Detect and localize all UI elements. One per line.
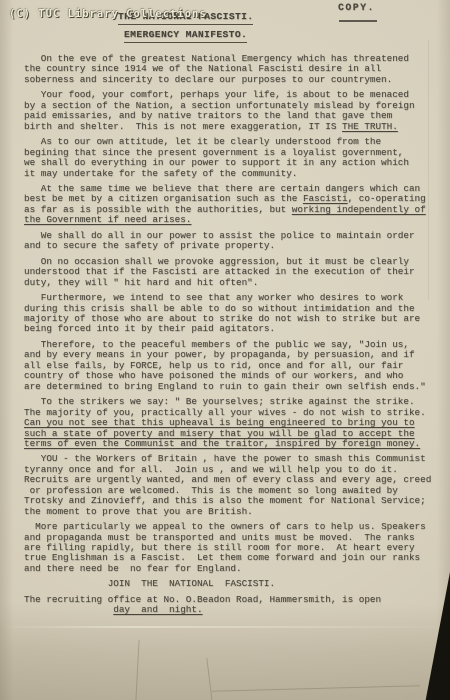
paragraph-citizen-organisation: At the same time we believe that there a…	[24, 184, 442, 226]
body-text: Therefore, to the peaceful members of th…	[24, 339, 426, 392]
tuc-library-watermark: (C) TUC Library Collections	[9, 8, 207, 20]
body-text: Furthermore, we intend to see that any w…	[24, 292, 420, 334]
paragraph-menace-warning: Your food, your comfort, perhaps your li…	[24, 90, 442, 132]
document-subtitle: EMERGENCY MANIFESTO.	[124, 29, 247, 43]
copy-underline-rule	[339, 20, 377, 22]
paragraph-join-call: JOIN THE NATIONAL FASCISTI.	[24, 579, 442, 589]
body-text: JOIN THE NATIONAL FASCISTI.	[24, 578, 275, 589]
underlined-text: Fascisti	[303, 193, 348, 204]
body-text: To the strikers we say: " Be yourselves;…	[24, 396, 426, 417]
paragraph-intro: On the eve of the greatest National Emer…	[24, 54, 442, 85]
manifesto-page: (C) TUC Library Collections COPY. THE NA…	[0, 0, 450, 700]
body-text: YOU - the Workers of Britain , have the …	[24, 453, 431, 516]
body-text: On no occasion shall we provoke aggressi…	[24, 256, 415, 288]
paragraph-police-support: We shall do all in our power to assist t…	[24, 231, 442, 252]
body-text: On the eve of the greatest National Emer…	[24, 53, 409, 85]
paper-crease	[212, 685, 420, 691]
paragraph-public-appeal: Therefore, to the peaceful members of th…	[24, 340, 442, 392]
paper-fold-highlight	[0, 626, 450, 628]
body-text: As to our own attitude, let it be clearl…	[24, 136, 409, 178]
paragraph-attitude: As to our own attitude, let it be clearl…	[24, 137, 442, 179]
paragraph-car-owners: More particularly we appeal to the owner…	[24, 522, 442, 574]
paragraph-no-aggression: On no occasion shall we provoke aggressi…	[24, 257, 442, 288]
paragraph-recruiting-office: The recruiting office at No. O.Beadon Ro…	[24, 595, 442, 616]
paragraph-workers-of-britain: YOU - the Workers of Britain , have the …	[24, 454, 442, 517]
underlined-text: THE TRUTH.	[342, 121, 398, 132]
copy-label: COPY.	[338, 2, 375, 13]
body-text: More particularly we appeal to the owner…	[24, 521, 426, 574]
paragraph-strikers: To the strikers we say: " Be yourselves;…	[24, 397, 442, 449]
body-text: We shall do all in our power to assist t…	[24, 230, 415, 251]
manifesto-body: On the eve of the greatest National Emer…	[24, 54, 442, 616]
paper-crease	[206, 658, 212, 700]
paper-crease	[135, 640, 139, 700]
underlined-text: day and night.	[113, 604, 202, 615]
paragraph-workers: Furthermore, we intend to see that any w…	[24, 293, 442, 335]
underlined-text: Can you not see that this upheaval is be…	[24, 417, 420, 449]
